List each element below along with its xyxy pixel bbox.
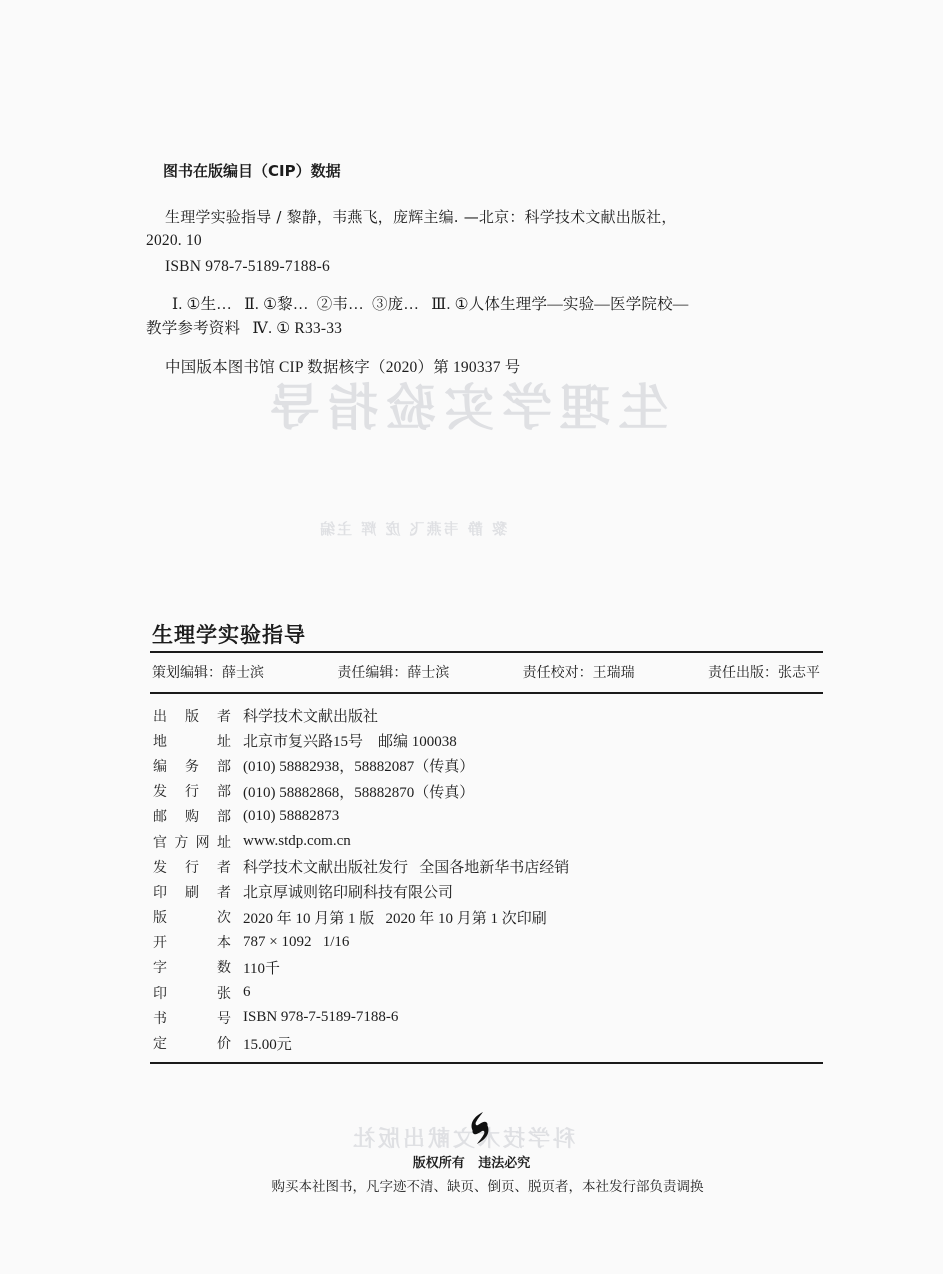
credit-value: 薛士滨 bbox=[222, 665, 264, 681]
info-label-char: 书 bbox=[153, 1008, 167, 1028]
info-label-char: 发 bbox=[153, 781, 167, 801]
info-value: 科学技术文献出版社发行 全国各地新华书店经销 bbox=[243, 856, 569, 877]
cip-classification-line-2: 教学参考资料 Ⅳ. ① R33-33 bbox=[146, 316, 342, 338]
info-label: 发行者 bbox=[153, 857, 243, 877]
info-row: 定价15.00元 bbox=[153, 1030, 569, 1055]
info-label-char: 网 bbox=[196, 832, 210, 852]
info-value: 北京市复兴路15号 邮编 100038 bbox=[243, 730, 457, 751]
info-value: (010) 58882938，58882087（传真） bbox=[243, 755, 474, 776]
info-value: (010) 58882873 bbox=[243, 808, 339, 825]
show-through-title: 生理学实验指导 bbox=[262, 368, 668, 440]
credit-label: 责任校对： bbox=[523, 665, 593, 681]
info-label-char: 价 bbox=[217, 1033, 231, 1053]
info-label: 官方网址 bbox=[153, 832, 243, 852]
info-label: 邮购部 bbox=[153, 806, 243, 826]
info-label-char: 址 bbox=[217, 731, 231, 751]
info-label: 编务部 bbox=[153, 756, 243, 776]
info-value: 北京厚诚则铭印刷科技有限公司 bbox=[243, 881, 453, 902]
info-value: ISBN 978-7-5189-7188-6 bbox=[243, 1009, 398, 1026]
info-label: 定价 bbox=[153, 1033, 243, 1053]
info-label-char: 地 bbox=[153, 731, 167, 751]
info-label-char: 刷 bbox=[185, 882, 199, 902]
publisher-s-logo-icon bbox=[466, 1110, 494, 1146]
info-label-char: 编 bbox=[153, 756, 167, 776]
info-label: 版次 bbox=[153, 907, 243, 927]
credit-value: 张志平 bbox=[778, 665, 820, 681]
credit-label: 策划编辑： bbox=[152, 665, 222, 681]
info-label-char: 方 bbox=[174, 832, 188, 852]
info-row: 出版者科学技术文献出版社 bbox=[153, 703, 569, 728]
cip-number-line: 中国版本图书馆 CIP 数据核字（2020）第 190337 号 bbox=[165, 355, 520, 377]
info-label: 字数 bbox=[153, 957, 243, 977]
credits-row: 策划编辑：薛士滨 责任编辑：薛士滨 责任校对：王瑞瑞 责任出版：张志平 bbox=[152, 662, 820, 682]
top-rule bbox=[150, 651, 823, 653]
info-label-char: 部 bbox=[217, 781, 231, 801]
info-label: 书号 bbox=[153, 1008, 243, 1028]
credit-responsible-editor: 责任编辑：薛士滨 bbox=[337, 662, 449, 682]
info-row: 书号ISBN 978-7-5189-7188-6 bbox=[153, 1005, 569, 1030]
info-label: 出版者 bbox=[153, 706, 243, 726]
info-value: www.stdp.com.cn bbox=[243, 833, 351, 850]
bottom-rule bbox=[150, 1062, 823, 1064]
cip-classification-line-1: Ⅰ. ①生… Ⅱ. ①黎… ②韦… ③庞… Ⅲ. ①人体生理学—实验—医学院校— bbox=[172, 292, 689, 314]
info-row: 编务部(010) 58882938，58882087（传真） bbox=[153, 753, 569, 778]
replacement-notice: 购买本社图书，凡字迹不清、缺页、倒页、脱页者，本社发行部负责调换 bbox=[0, 1175, 943, 1195]
book-title: 生理学实验指导 bbox=[152, 619, 306, 649]
credit-production: 责任出版：张志平 bbox=[708, 662, 820, 682]
publication-info-table: 出版者科学技术文献出版社地址北京市复兴路15号 邮编 100038编务部(010… bbox=[153, 703, 569, 1056]
info-label-char: 版 bbox=[185, 706, 199, 726]
info-label: 印刷者 bbox=[153, 882, 243, 902]
info-label: 开本 bbox=[153, 932, 243, 952]
cip-title-line: 生理学实验指导 / 黎静，韦燕飞，庞辉主编. —北京：科学技术文献出版社， bbox=[165, 206, 677, 227]
info-label-char: 者 bbox=[217, 706, 231, 726]
info-label-char: 务 bbox=[185, 756, 199, 776]
info-label-char: 购 bbox=[185, 806, 199, 826]
info-label-char: 发 bbox=[153, 857, 167, 877]
credit-value: 薛士滨 bbox=[407, 665, 449, 681]
cip-date-line: 2020. 10 bbox=[146, 232, 202, 250]
info-label-char: 号 bbox=[217, 1008, 231, 1028]
info-row: 发行者科学技术文献出版社发行 全国各地新华书店经销 bbox=[153, 854, 569, 879]
show-through-authors: 黎 静 韦燕飞 庞 辉 主编 bbox=[318, 518, 507, 539]
info-label-char: 部 bbox=[217, 756, 231, 776]
info-row: 印刷者北京厚诚则铭印刷科技有限公司 bbox=[153, 879, 569, 904]
info-label-char: 出 bbox=[153, 706, 167, 726]
info-label-char: 址 bbox=[217, 832, 231, 852]
credit-value: 王瑞瑞 bbox=[593, 665, 635, 681]
info-row: 版次2020 年 10 月第 1 版 2020 年 10 月第 1 次印刷 bbox=[153, 905, 569, 930]
show-through-publisher: 科学技术文献出版社 bbox=[350, 1122, 575, 1153]
info-label-char: 行 bbox=[185, 857, 199, 877]
info-label-char: 邮 bbox=[153, 806, 167, 826]
info-label: 地址 bbox=[153, 731, 243, 751]
cip-heading: 图书在版编目（CIP）数据 bbox=[163, 160, 341, 181]
info-label-char: 部 bbox=[217, 806, 231, 826]
info-row: 发行部(010) 58882868，58882870（传真） bbox=[153, 779, 569, 804]
info-row: 开本787 × 1092 1/16 bbox=[153, 930, 569, 955]
mid-rule bbox=[150, 692, 823, 694]
info-value: (010) 58882868，58882870（传真） bbox=[243, 781, 474, 802]
info-value: 15.00元 bbox=[243, 1033, 292, 1054]
copyright-notice: 版权所有 违法必究 bbox=[0, 1152, 943, 1171]
info-value: 2020 年 10 月第 1 版 2020 年 10 月第 1 次印刷 bbox=[243, 907, 547, 928]
info-value: 110千 bbox=[243, 957, 280, 978]
info-label-char: 印 bbox=[153, 882, 167, 902]
info-row: 地址北京市复兴路15号 邮编 100038 bbox=[153, 728, 569, 753]
info-row: 邮购部(010) 58882873 bbox=[153, 804, 569, 829]
info-label-char: 者 bbox=[217, 857, 231, 877]
info-label-char: 张 bbox=[217, 983, 231, 1003]
info-value: 787 × 1092 1/16 bbox=[243, 934, 349, 951]
info-row: 印张6 bbox=[153, 980, 569, 1005]
info-label-char: 字 bbox=[153, 957, 167, 977]
info-label-char: 本 bbox=[217, 932, 231, 952]
info-label-char: 官 bbox=[153, 832, 167, 852]
info-row: 官方网址www.stdp.com.cn bbox=[153, 829, 569, 854]
info-row: 字数110千 bbox=[153, 955, 569, 980]
info-label-char: 数 bbox=[217, 957, 231, 977]
info-label-char: 开 bbox=[153, 932, 167, 952]
info-label-char: 版 bbox=[153, 907, 167, 927]
info-label-char: 次 bbox=[217, 907, 231, 927]
credit-label: 责任出版： bbox=[708, 665, 778, 681]
credit-proofreader: 责任校对：王瑞瑞 bbox=[523, 662, 635, 682]
info-label: 印张 bbox=[153, 983, 243, 1003]
credit-planning-editor: 策划编辑：薛士滨 bbox=[152, 662, 264, 682]
info-label-char: 者 bbox=[217, 882, 231, 902]
credit-label: 责任编辑： bbox=[337, 665, 407, 681]
info-label-char: 定 bbox=[153, 1033, 167, 1053]
info-value: 6 bbox=[243, 984, 251, 1001]
info-value: 科学技术文献出版社 bbox=[243, 705, 378, 726]
info-label-char: 行 bbox=[185, 781, 199, 801]
info-label: 发行部 bbox=[153, 781, 243, 801]
info-label-char: 印 bbox=[153, 983, 167, 1003]
cip-isbn-line: ISBN 978-7-5189-7188-6 bbox=[165, 258, 330, 276]
